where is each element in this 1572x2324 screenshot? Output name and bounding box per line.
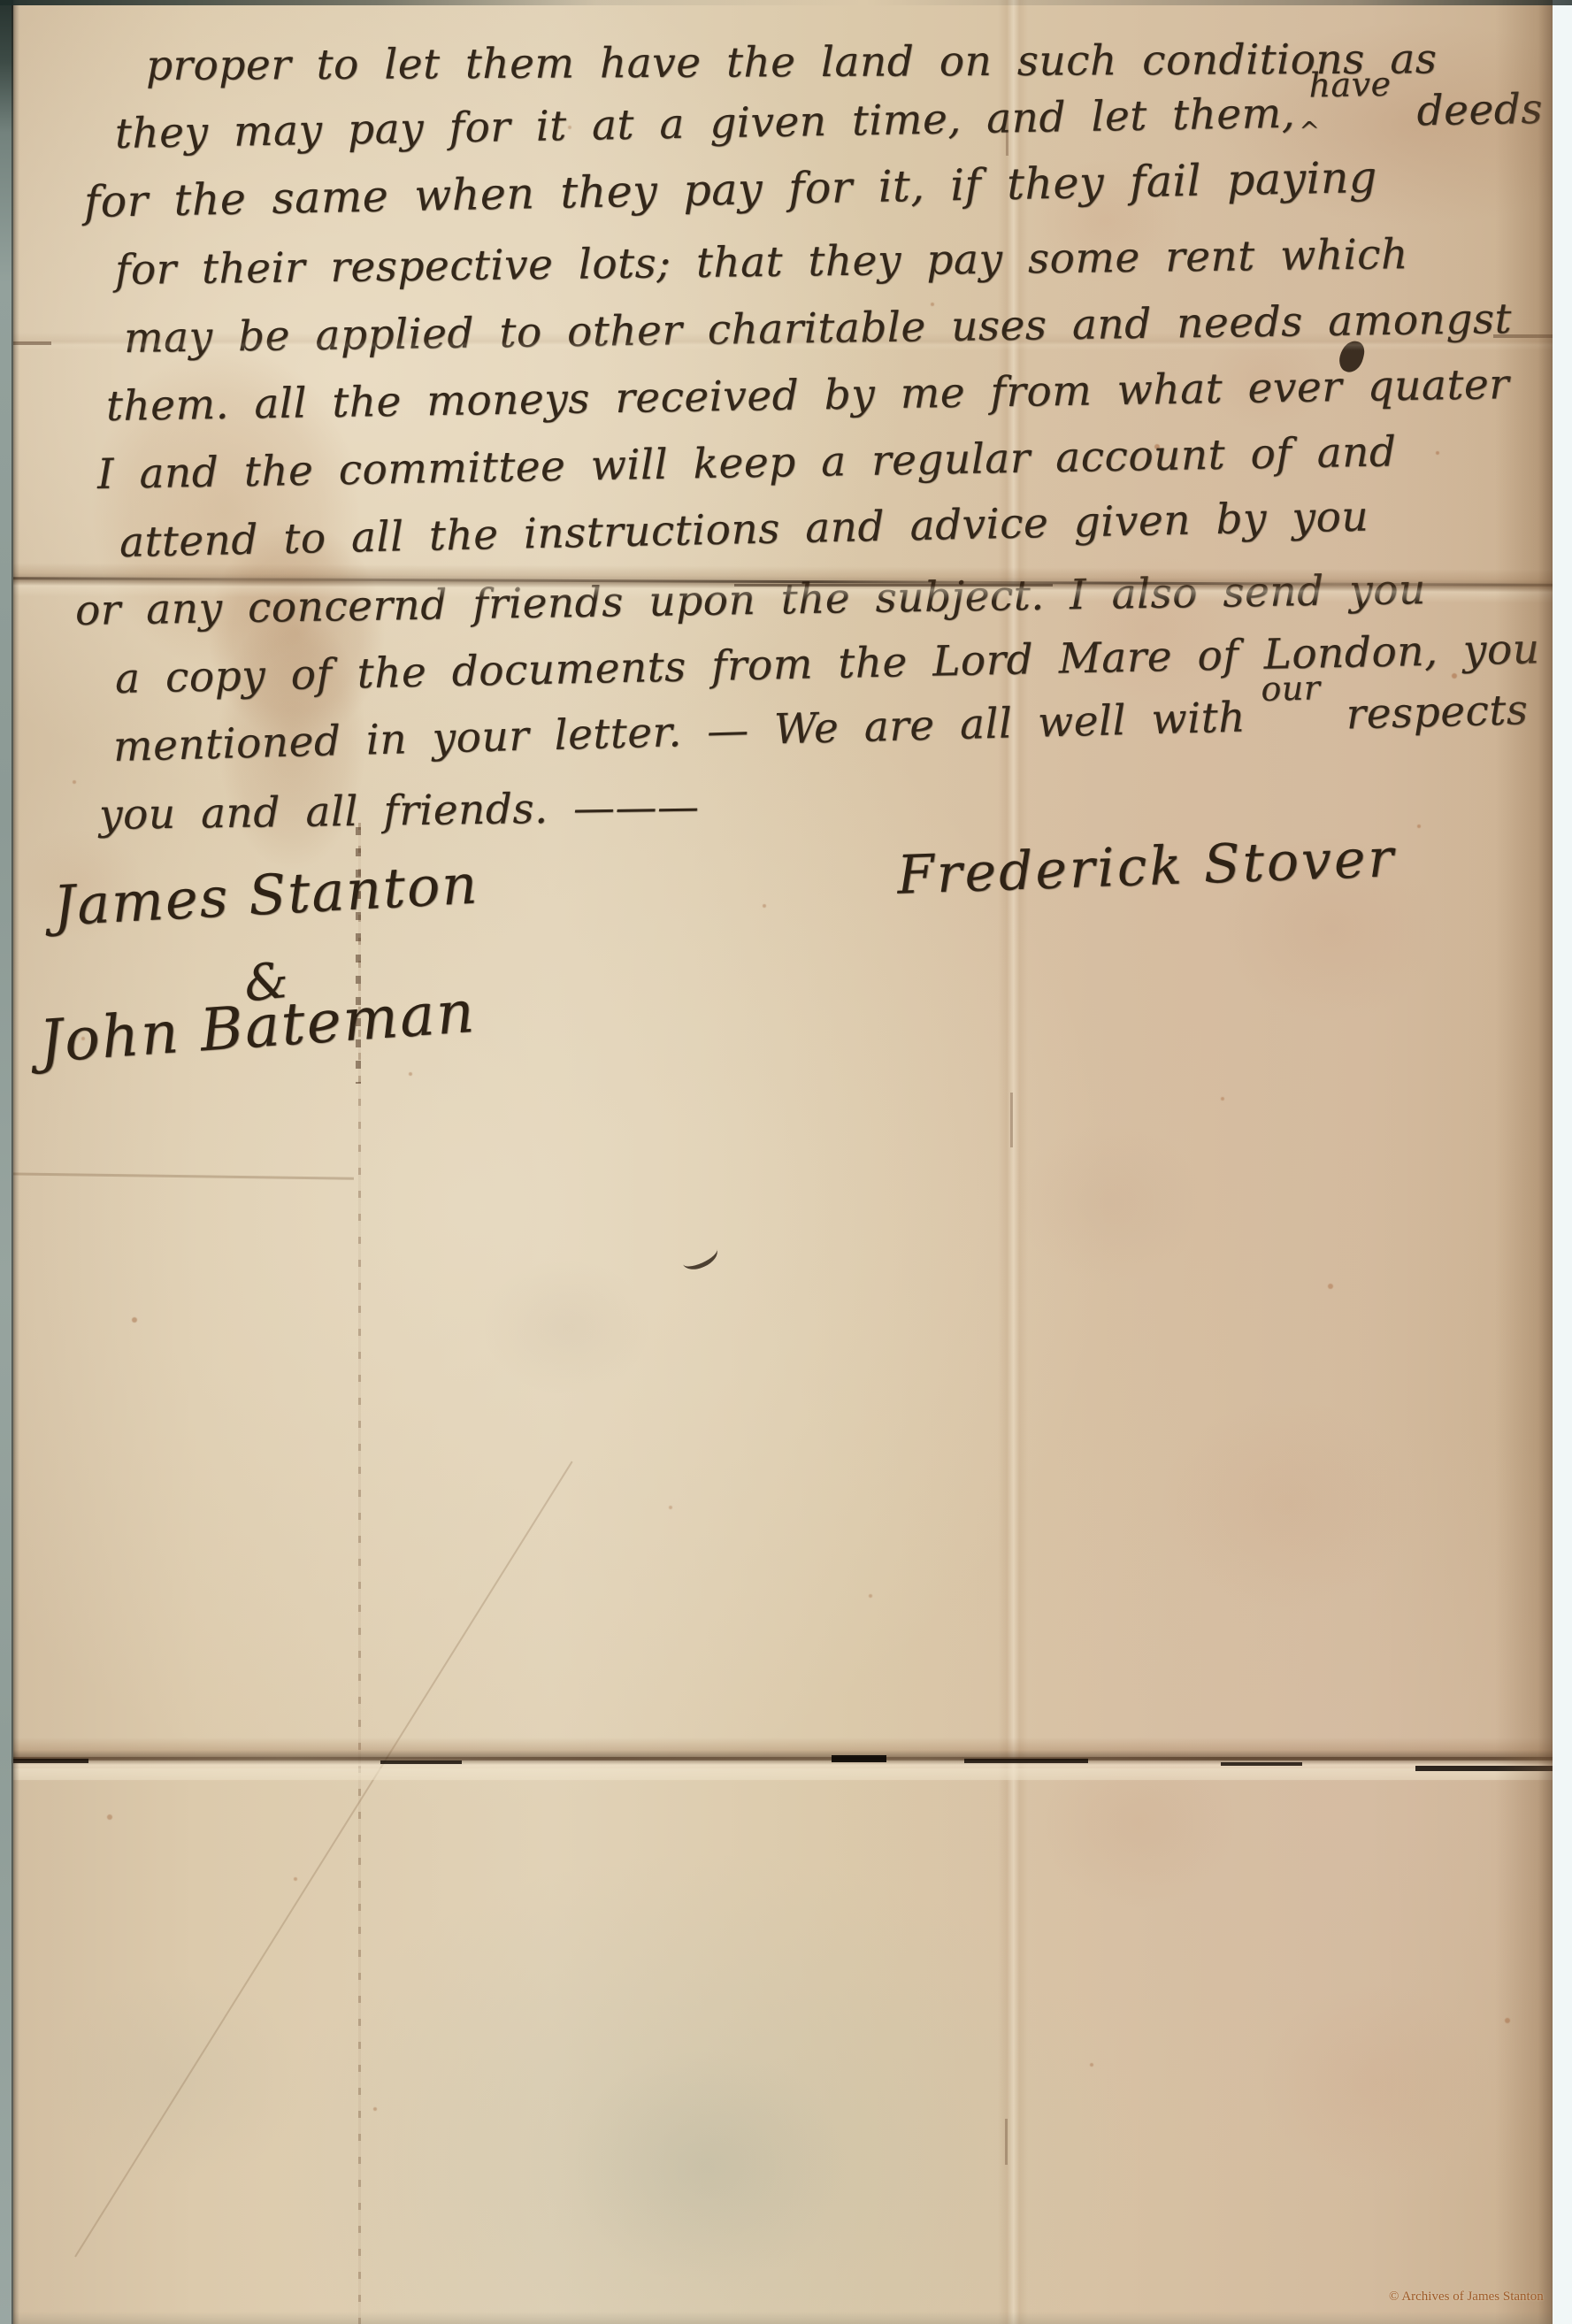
letter-body: proper to let them have the land on such… [12, 32, 1553, 849]
fold-crease-highlight [0, 1768, 1572, 1780]
scanner-edge-right [1553, 0, 1572, 2324]
paper-bottom-shadow [0, 2312, 1572, 2324]
scanner-edge-top [0, 0, 1572, 5]
fold-crease-dark-segment [734, 584, 1053, 587]
fold-crease-lower-line [0, 1757, 1572, 1760]
letter-text: you and all friends. ——— [99, 783, 700, 840]
vertical-fold-dash [1010, 1093, 1013, 1147]
archive-watermark: © Archives of James Stanton [1389, 2289, 1553, 2305]
fold-crease-dark-segment [380, 1760, 462, 1764]
fold-crease-faint-horizontal [0, 333, 1572, 350]
fold-crease-dark-segment [964, 1759, 1088, 1763]
vertical-fold-dash [1005, 2119, 1008, 2165]
letter-text: for their respective lots; that they pay… [115, 230, 1408, 295]
letter-text: may be applied to other charitable uses … [124, 295, 1513, 363]
paper-right-edge-shadow [1495, 0, 1553, 2324]
fold-crease-dark-segment [1221, 1762, 1302, 1766]
fold-crease-dark-segment [832, 1755, 886, 1762]
paper-left-edge-shadow [12, 0, 19, 2324]
inserted-word: our [1261, 668, 1321, 709]
inserted-word: have [1308, 65, 1392, 105]
